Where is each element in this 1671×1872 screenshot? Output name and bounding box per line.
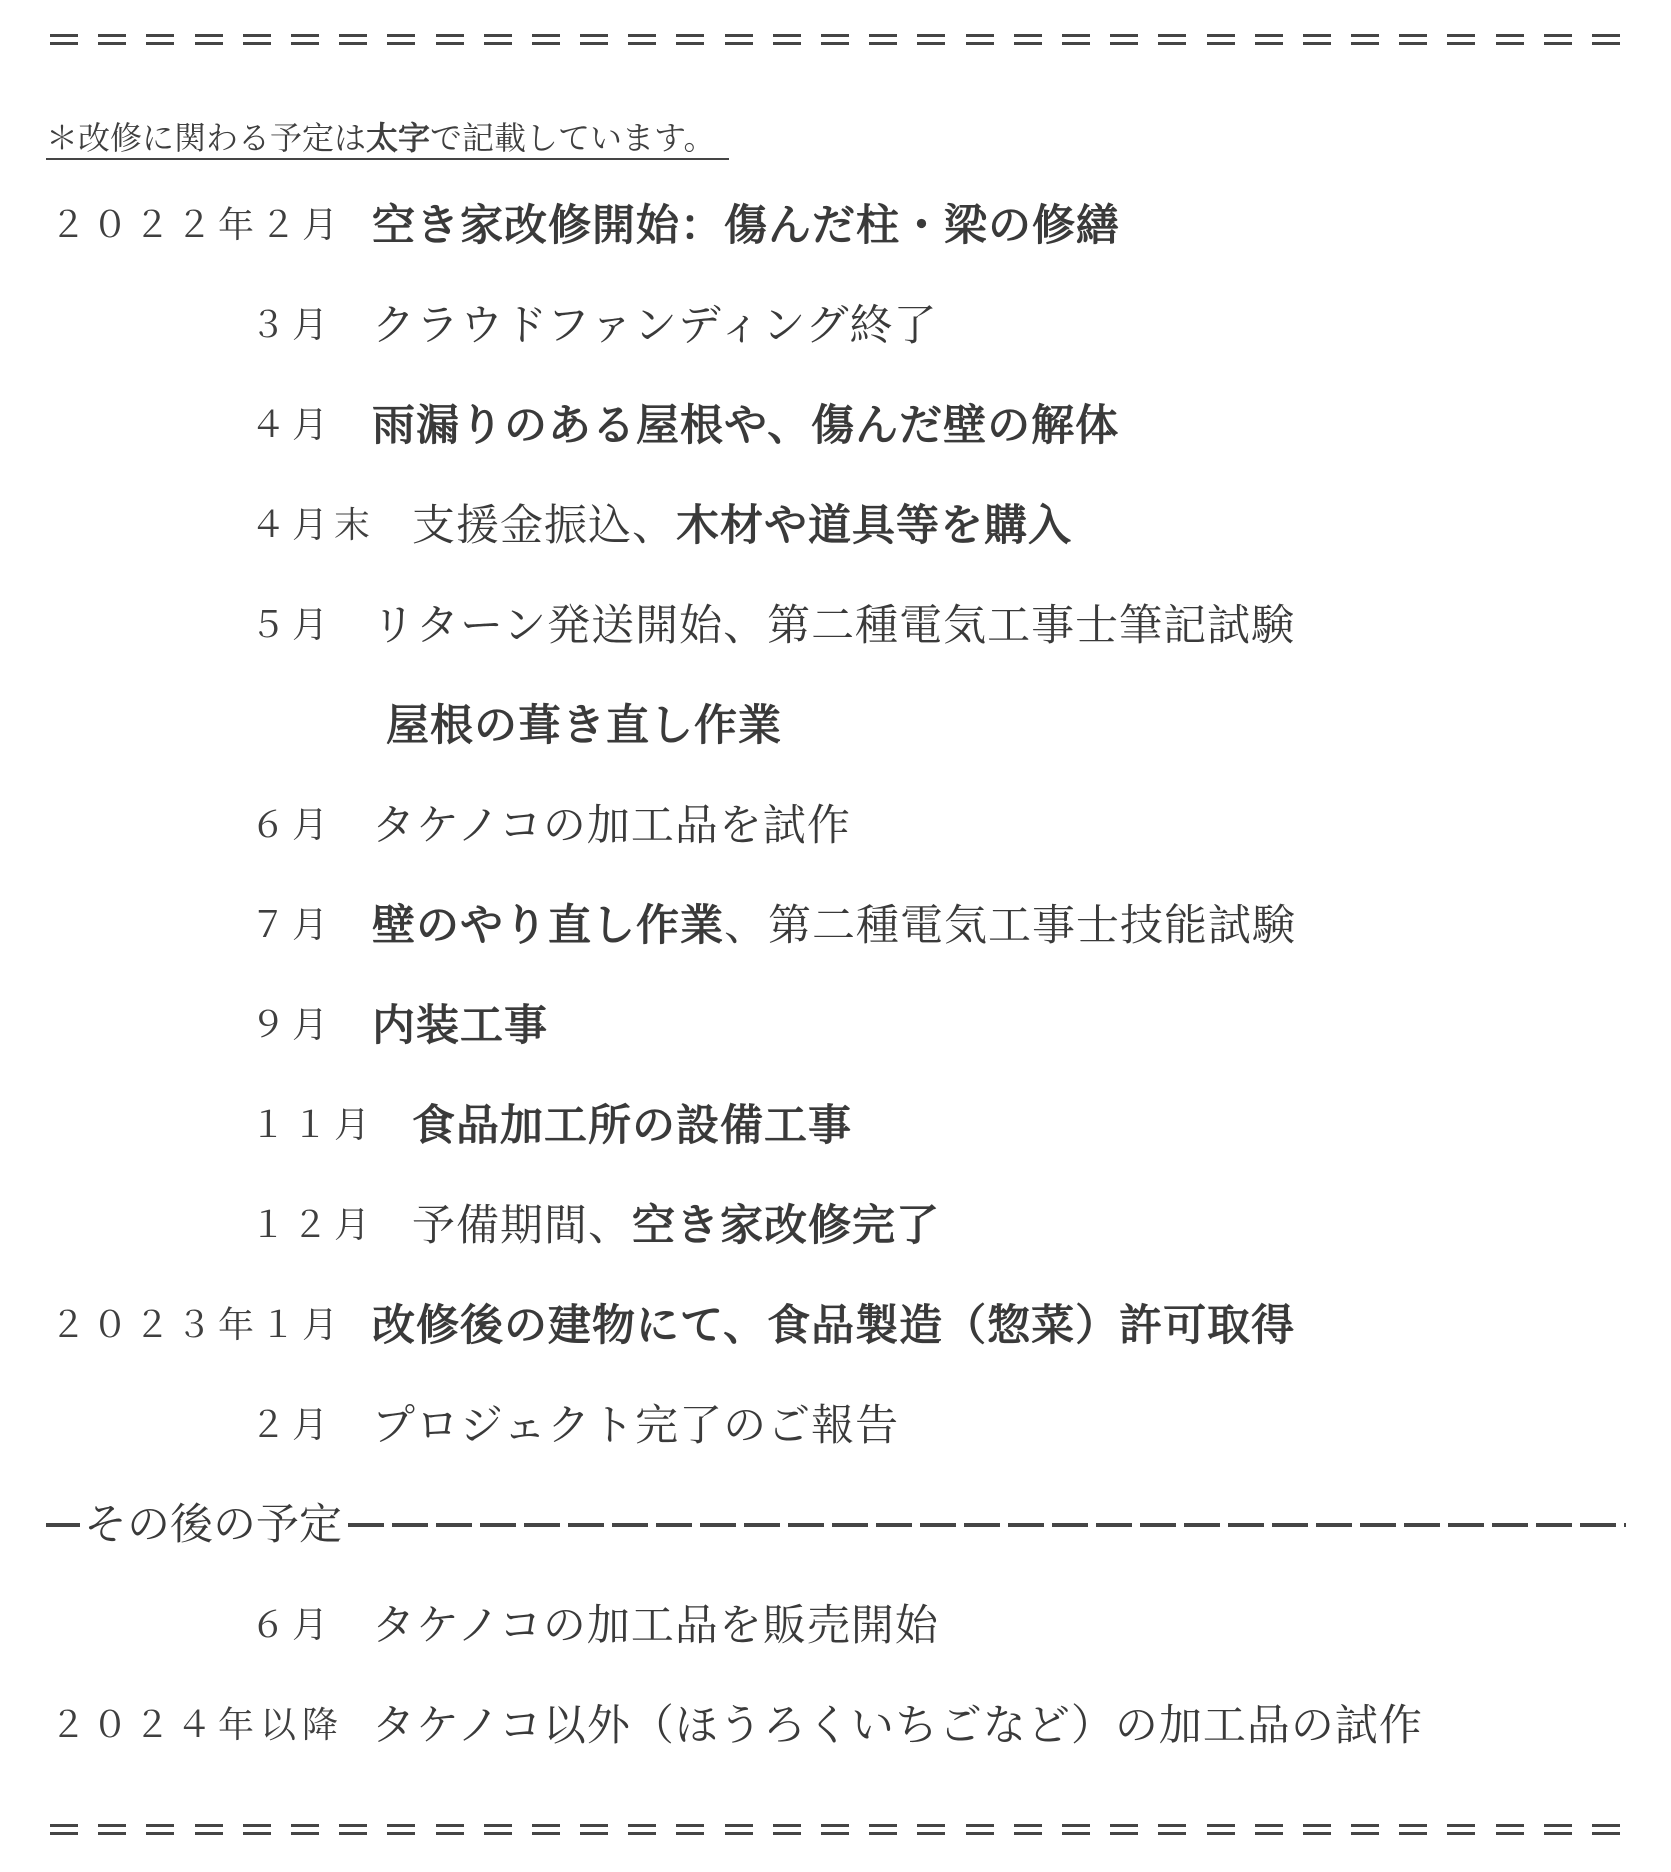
double-dash-glyph bbox=[1014, 1822, 1042, 1836]
desc-bold: 空き家改修完了 bbox=[632, 1201, 940, 1251]
desc-normal: タケノコ以外（ほうろくいちごなど）の加工品の試作 bbox=[372, 1701, 1423, 1751]
divider-dashes bbox=[348, 1523, 1626, 1527]
double-dash-glyph bbox=[436, 1822, 464, 1836]
double-dash-glyph bbox=[1351, 32, 1379, 46]
after-section-divider: その後の予定 bbox=[46, 1495, 1626, 1555]
schedule-desc: 支援金振込、木材や道具等を購入 bbox=[412, 496, 1072, 556]
double-dash-glyph bbox=[725, 1822, 753, 1836]
desc-bold: 木材や道具等を購入 bbox=[676, 501, 1072, 551]
schedule-desc: リターン発送開始、第二種電気工事士筆記試験 bbox=[372, 596, 1295, 656]
double-dash-glyph bbox=[1303, 1822, 1331, 1836]
schedule-date: ６月 bbox=[250, 796, 334, 856]
schedule-desc: 空き家改修開始：傷んだ柱・梁の修繕 bbox=[372, 196, 1120, 256]
double-dash-glyph bbox=[291, 32, 319, 46]
double-dash-glyph bbox=[1351, 1822, 1379, 1836]
double-dash-glyph bbox=[773, 1822, 801, 1836]
schedule-desc: 内装工事 bbox=[372, 996, 548, 1056]
schedule-date: ６月 bbox=[250, 1596, 334, 1656]
schedule-desc: 改修後の建物にて、食品製造（惣菜）許可取得 bbox=[372, 1296, 1295, 1356]
double-dash-glyph bbox=[436, 32, 464, 46]
double-dash-glyph bbox=[98, 32, 126, 46]
desc-bold: 改修後の建物にて、食品製造（惣菜）許可取得 bbox=[372, 1301, 1295, 1351]
double-dash-glyph bbox=[484, 1822, 512, 1836]
top-separator bbox=[50, 28, 1620, 50]
double-dash-glyph bbox=[1592, 32, 1620, 46]
double-dash-glyph bbox=[1544, 1822, 1572, 1836]
double-dash-glyph bbox=[1158, 32, 1186, 46]
schedule-date: ２月 bbox=[250, 1396, 334, 1456]
desc-normal: タケノコの加工品を試作 bbox=[372, 801, 851, 851]
double-dash-glyph bbox=[339, 32, 367, 46]
double-dash-glyph bbox=[725, 32, 753, 46]
double-dash-glyph bbox=[1544, 32, 1572, 46]
double-dash-glyph bbox=[387, 1822, 415, 1836]
schedule-desc: タケノコ以外（ほうろくいちごなど）の加工品の試作 bbox=[372, 1696, 1423, 1756]
double-dash-glyph bbox=[821, 32, 849, 46]
double-dash-glyph bbox=[532, 1822, 560, 1836]
double-dash-glyph bbox=[869, 1822, 897, 1836]
schedule-date: ２０２３年１月 bbox=[50, 1296, 344, 1356]
double-dash-glyph bbox=[1399, 32, 1427, 46]
double-dash-glyph bbox=[195, 1822, 223, 1836]
note-suffix: で記載しています。 bbox=[430, 119, 715, 157]
desc-bold: 内装工事 bbox=[372, 1001, 548, 1051]
schedule-date: ２０２２年２月 bbox=[50, 196, 344, 256]
double-dash-glyph bbox=[821, 1822, 849, 1836]
schedule-desc: 屋根の葺き直し作業 bbox=[386, 696, 782, 756]
note-prefix: ＊改修に関わる予定は bbox=[46, 119, 366, 157]
bottom-separator bbox=[50, 1818, 1620, 1840]
schedule-desc: 壁のやり直し作業、第二種電気工事士技能試験 bbox=[372, 896, 1296, 956]
double-dash-glyph bbox=[966, 32, 994, 46]
double-dash-glyph bbox=[1447, 1822, 1475, 1836]
double-dash-glyph bbox=[966, 1822, 994, 1836]
double-dash-glyph bbox=[676, 32, 704, 46]
double-dash-glyph bbox=[1399, 1822, 1427, 1836]
double-dash-glyph bbox=[1062, 32, 1090, 46]
schedule-date: ７月 bbox=[250, 896, 334, 956]
double-dash-glyph bbox=[1014, 32, 1042, 46]
desc-normal: クラウドファンディング終了 bbox=[372, 301, 938, 351]
double-dash-glyph bbox=[195, 32, 223, 46]
desc-normal: 、第二種電気工事士技能試験 bbox=[724, 901, 1296, 951]
schedule-date: ９月 bbox=[250, 996, 334, 1056]
schedule-date: ２０２４年以降 bbox=[50, 1696, 344, 1756]
double-dash-glyph bbox=[580, 1822, 608, 1836]
double-dash-glyph bbox=[98, 1822, 126, 1836]
divider-lead-dash bbox=[46, 1523, 80, 1527]
double-dash-glyph bbox=[1207, 1822, 1235, 1836]
desc-bold: 壁のやり直し作業 bbox=[372, 901, 724, 951]
desc-bold: 屋根の葺き直し作業 bbox=[386, 701, 782, 751]
schedule-date: ４月末 bbox=[250, 496, 376, 556]
desc-normal: リターン発送開始、第二種電気工事士筆記試験 bbox=[372, 601, 1295, 651]
double-dash-glyph bbox=[1110, 1822, 1138, 1836]
double-dash-glyph bbox=[1110, 32, 1138, 46]
double-dash-glyph bbox=[243, 32, 271, 46]
double-dash-glyph bbox=[1158, 1822, 1186, 1836]
double-dash-glyph bbox=[1255, 1822, 1283, 1836]
double-dash-glyph bbox=[1062, 1822, 1090, 1836]
double-dash-glyph bbox=[628, 1822, 656, 1836]
schedule-date: ４月 bbox=[250, 396, 334, 456]
double-dash-glyph bbox=[628, 32, 656, 46]
desc-normal: 予備期間、 bbox=[412, 1201, 632, 1251]
double-dash-glyph bbox=[50, 1822, 78, 1836]
schedule-desc: タケノコの加工品を試作 bbox=[372, 796, 851, 856]
desc-normal: タケノコの加工品を販売開始 bbox=[372, 1601, 939, 1651]
double-dash-glyph bbox=[50, 32, 78, 46]
schedule-desc: 食品加工所の設備工事 bbox=[412, 1096, 852, 1156]
double-dash-glyph bbox=[243, 1822, 271, 1836]
schedule-desc: プロジェクト完了のご報告 bbox=[372, 1396, 899, 1456]
double-dash-glyph bbox=[532, 32, 560, 46]
desc-bold: 空き家改修開始：傷んだ柱・梁の修繕 bbox=[372, 201, 1120, 251]
double-dash-glyph bbox=[773, 32, 801, 46]
desc-bold: 食品加工所の設備工事 bbox=[412, 1101, 852, 1151]
double-dash-glyph bbox=[676, 1822, 704, 1836]
double-dash-glyph bbox=[291, 1822, 319, 1836]
double-dash-glyph bbox=[387, 32, 415, 46]
double-dash-glyph bbox=[869, 32, 897, 46]
schedule-desc: タケノコの加工品を販売開始 bbox=[372, 1596, 939, 1656]
schedule-date: ３月 bbox=[250, 296, 334, 356]
double-dash-glyph bbox=[1207, 32, 1235, 46]
double-dash-glyph bbox=[580, 32, 608, 46]
schedule-desc: 予備期間、空き家改修完了 bbox=[412, 1196, 940, 1256]
desc-normal: 支援金振込、 bbox=[412, 501, 676, 551]
double-dash-glyph bbox=[1496, 32, 1524, 46]
after-section-label: その後の予定 bbox=[84, 1495, 342, 1555]
double-dash-glyph bbox=[1303, 32, 1331, 46]
double-dash-glyph bbox=[1592, 1822, 1620, 1836]
schedule-desc: クラウドファンディング終了 bbox=[372, 296, 938, 356]
desc-normal: プロジェクト完了のご報告 bbox=[372, 1401, 899, 1451]
double-dash-glyph bbox=[917, 32, 945, 46]
schedule-date: １２月 bbox=[250, 1196, 376, 1256]
schedule-date: １１月 bbox=[250, 1096, 376, 1156]
desc-bold: 雨漏りのある屋根や、傷んだ壁の解体 bbox=[372, 401, 1119, 451]
double-dash-glyph bbox=[146, 1822, 174, 1836]
schedule-desc: 雨漏りのある屋根や、傷んだ壁の解体 bbox=[372, 396, 1119, 456]
double-dash-glyph bbox=[146, 32, 174, 46]
double-dash-glyph bbox=[1255, 32, 1283, 46]
double-dash-glyph bbox=[339, 1822, 367, 1836]
bold-legend-note: ＊改修に関わる予定は太字で記載しています。 bbox=[46, 118, 729, 160]
double-dash-glyph bbox=[1496, 1822, 1524, 1836]
schedule-date: ５月 bbox=[250, 596, 334, 656]
double-dash-glyph bbox=[1447, 32, 1475, 46]
double-dash-glyph bbox=[917, 1822, 945, 1836]
note-bold-word: 太字 bbox=[366, 119, 430, 157]
double-dash-glyph bbox=[484, 32, 512, 46]
